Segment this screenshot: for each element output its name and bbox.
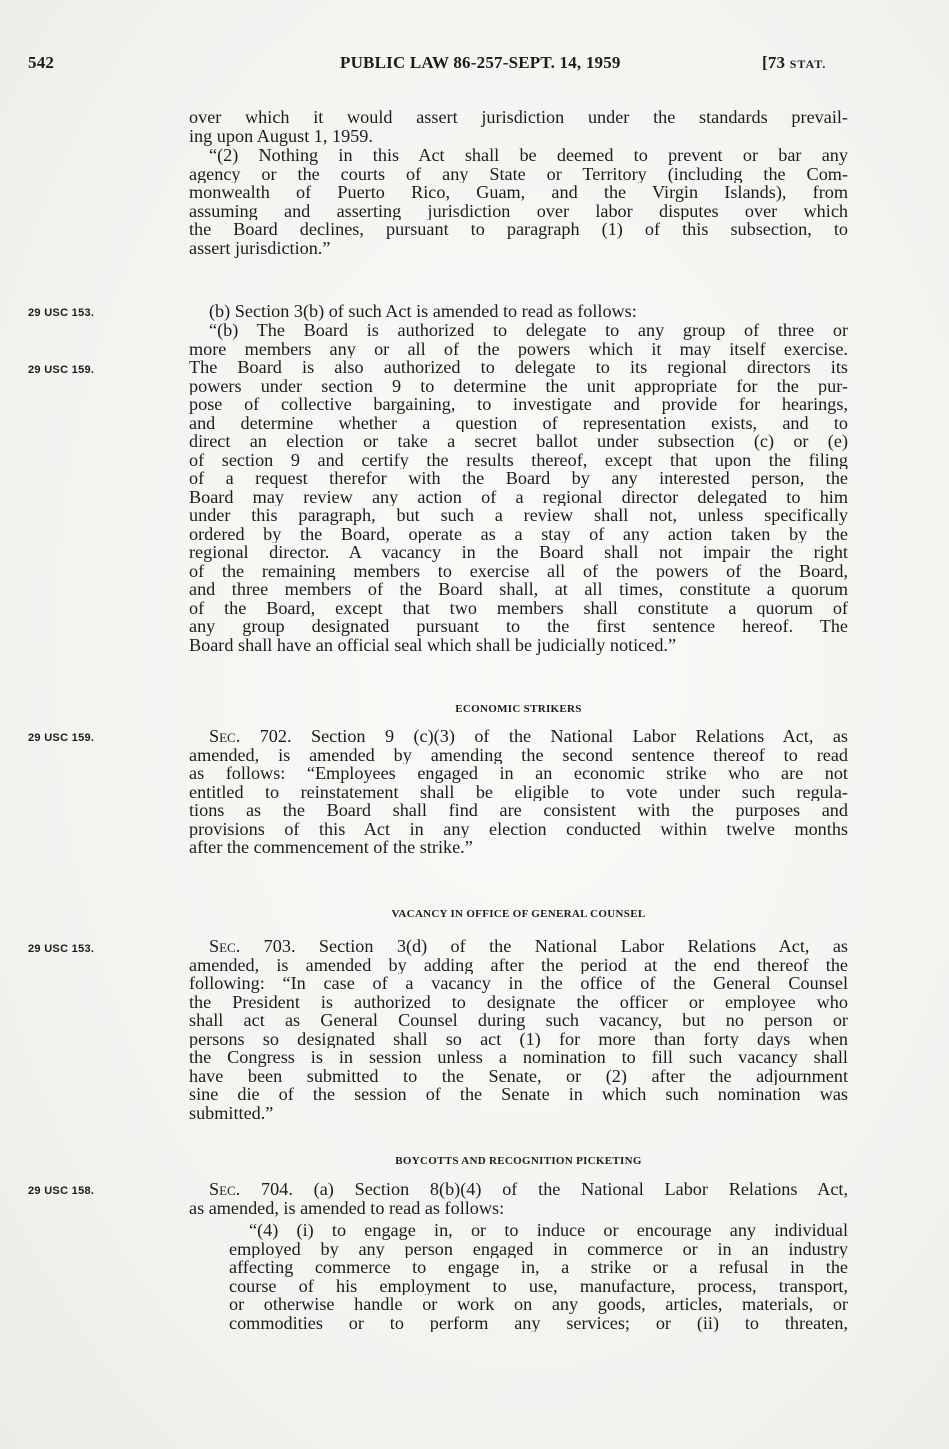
text-line: amended, is amended by adding after the … (189, 956, 848, 975)
text-line: Board may review any action of a regiona… (189, 488, 848, 507)
text-line: any group designated pursuant to the fir… (189, 617, 848, 636)
margin-note-usc: 29 USC 153. (28, 307, 94, 319)
paragraph-continuation: over which it would assert jurisdiction … (189, 108, 848, 145)
text-line: pose of collective bargaining, to invest… (189, 395, 848, 414)
section-heading-boycotts: BOYCOTTS AND RECOGNITION PICKETING (189, 1155, 848, 1167)
section-702: Sec. 702. Section 9 (c)(3) of the Nation… (189, 727, 848, 857)
text-line: and three members of the Board shall, at… (189, 580, 848, 599)
text-line: amended, is amended by amending the seco… (189, 746, 848, 765)
text-line: assert jurisdiction.” (189, 239, 848, 258)
text-line: of the Board, except that two members sh… (189, 599, 848, 618)
text-line: or otherwise handle or work on any goods… (229, 1295, 848, 1314)
text-line: ordered by the Board, operate as a stay … (189, 525, 848, 544)
text-line: (b) Section 3(b) of such Act is amended … (189, 302, 848, 321)
text-line: under this paragraph, but such a review … (189, 506, 848, 525)
text-line: Board shall have an official seal which … (189, 636, 848, 655)
text-line: the Congress is in session unless a nomi… (189, 1048, 848, 1067)
margin-note-usc: 29 USC 153. (28, 943, 94, 955)
text-line: course of his employment to use, manufac… (229, 1277, 848, 1296)
text-line: submitted.” (189, 1104, 848, 1123)
text-line: following: “In case of a vacancy in the … (189, 974, 848, 993)
text-line: tions as the Board shall find are consis… (189, 801, 848, 820)
section-text: 703. Section 3(d) of the National Labor … (240, 937, 848, 956)
text-line: monwealth of Puerto Rico, Guam, and the … (189, 183, 848, 202)
page-number: 542 (28, 53, 54, 73)
statute-abbrev: STAT. (790, 57, 827, 71)
text-line: the President is authorized to designate… (189, 993, 848, 1012)
text-line: of the remaining members to exercise all… (189, 562, 848, 581)
text-line: The Board is also authorized to delegate… (189, 358, 848, 377)
text-line: regional director. A vacancy in the Boar… (189, 543, 848, 562)
statute-volume: [73 (762, 53, 785, 72)
running-title: PUBLIC LAW 86-257-SEPT. 14, 1959 (340, 53, 621, 73)
text-line: have been submitted to the Senate, or (2… (189, 1067, 848, 1086)
margin-note-usc: 29 USC 158. (28, 1185, 94, 1197)
section-703: Sec. 703. Section 3(d) of the National L… (189, 937, 848, 1122)
text-line: “(4) (i) to engage in, or to induce or e… (229, 1221, 848, 1240)
text-line: Sec. 703. Section 3(d) of the National L… (189, 937, 848, 956)
text-line: after the commencement of the strike.” (189, 838, 848, 857)
text-line: persons so designated shall so act (1) f… (189, 1030, 848, 1049)
section-heading-general-counsel: VACANCY IN OFFICE OF GENERAL COUNSEL (189, 908, 848, 920)
text-line: “(b) The Board is authorized to delegate… (189, 321, 848, 340)
text-line: provisions of this Act in any election c… (189, 820, 848, 839)
text-line: employed by any person engaged in commer… (229, 1240, 848, 1259)
section-label: Sec. (209, 937, 240, 956)
text-line: commodities or to perform any services; … (229, 1314, 848, 1333)
subsection-b-text: “(b) The Board is authorized to delegate… (189, 321, 848, 654)
statute-reference: [73 STAT. (762, 53, 826, 73)
text-line: Sec. 704. (a) Section 8(b)(4) of the Nat… (189, 1180, 848, 1199)
document-page: 542 PUBLIC LAW 86-257-SEPT. 14, 1959 [73… (0, 0, 949, 1449)
text-line: ing upon August 1, 1959. (189, 127, 848, 146)
margin-note-usc: 29 USC 159. (28, 364, 94, 376)
text-line: as follows: “Employees engaged in an eco… (189, 764, 848, 783)
text-line: the Board declines, pursuant to paragrap… (189, 220, 848, 239)
text-line: Sec. 702. Section 9 (c)(3) of the Nation… (189, 727, 848, 746)
text-line: as amended, is amended to read as follow… (189, 1199, 848, 1218)
text-line: entitled to reinstatement shall be eligi… (189, 783, 848, 802)
text-line: “(2) Nothing in this Act shall be deemed… (189, 146, 848, 165)
section-label: Sec. (209, 727, 240, 746)
section-text: 704. (a) Section 8(b)(4) of the National… (240, 1180, 848, 1199)
text-line: direct an election or take a secret ball… (189, 432, 848, 451)
text-line: and determine whether a question of repr… (189, 414, 848, 433)
text-line: more members any or all of the powers wh… (189, 340, 848, 359)
text-line: assuming and asserting jurisdiction over… (189, 202, 848, 221)
section-704-quote: “(4) (i) to engage in, or to induce or e… (229, 1221, 848, 1332)
section-704: Sec. 704. (a) Section 8(b)(4) of the Nat… (189, 1180, 848, 1217)
margin-note-usc: 29 USC 159. (28, 732, 94, 744)
text-line: shall act as General Counsel during such… (189, 1011, 848, 1030)
section-label: Sec. (209, 1180, 240, 1199)
text-line: agency or the courts of any State or Ter… (189, 165, 848, 184)
text-line: over which it would assert jurisdiction … (189, 108, 848, 127)
text-line: sine die of the session of the Senate in… (189, 1085, 848, 1104)
subsection-b-intro: (b) Section 3(b) of such Act is amended … (189, 302, 848, 321)
text-line: of section 9 and certify the results the… (189, 451, 848, 470)
text-line: powers under section 9 to determine the … (189, 377, 848, 396)
section-heading-economic-strikers: ECONOMIC STRIKERS (189, 703, 848, 715)
paragraph-2: “(2) Nothing in this Act shall be deemed… (189, 146, 848, 257)
text-line: affecting commerce to engage in, a strik… (229, 1258, 848, 1277)
section-text: 702. Section 9 (c)(3) of the National La… (240, 727, 848, 746)
text-line: of a request therefor with the Board by … (189, 469, 848, 488)
